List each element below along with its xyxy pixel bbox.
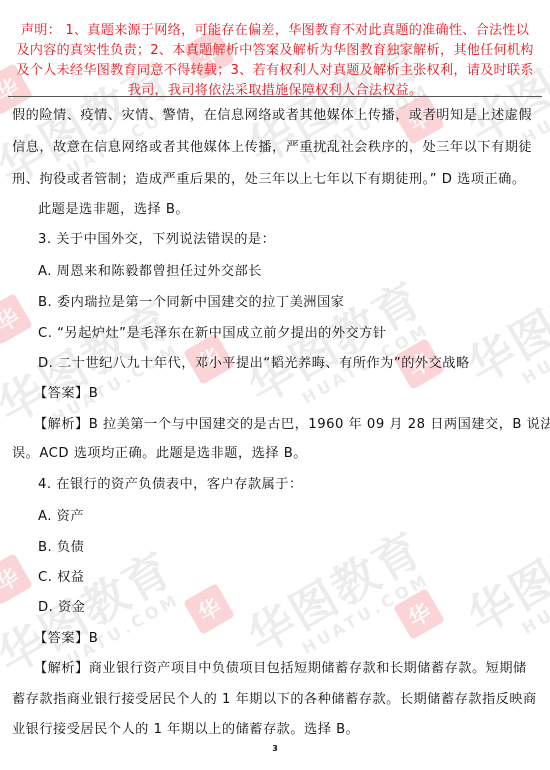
question-3-option-d: D. 二十世纪八九十年代，邓小平提出“韬光养晦、有所作为”的外交战略 xyxy=(38,352,470,371)
watermark-huatu: 华图教育HUATU.COM xyxy=(240,524,440,678)
huatu-logo-icon: 华 xyxy=(0,293,33,345)
watermark-huatu: 华图教育HUATU.COM xyxy=(460,254,550,408)
question-4-option-a: A. 资产 xyxy=(38,505,84,524)
disclaimer-line: 声明： 1、真题来源于网络，可能存在偏差，华图教育不对此真题的准确性、合法性以 xyxy=(8,21,542,41)
question-4-analysis: 蓄存款指商业银行接受居民个人的 1 年期以下的各种储蓄存款。长期储蓄存款指反映商 xyxy=(12,688,537,707)
question-3-stem: 3. 关于中国外交，下列说法错误的是： xyxy=(38,228,275,247)
question-4-option-d: D. 资金 xyxy=(38,596,85,615)
continuation-line: 信息，故意在信息网络或者其他媒体上传播，严重扰乱社会秩序的，处三年以下有期徒 xyxy=(12,136,532,155)
question-4-analysis: 业银行接受居民个人的 1 年期以上的储蓄存款。选择 B。 xyxy=(12,718,359,737)
disclaimer-header: 声明： 1、真题来源于网络，可能存在偏差，华图教育不对此真题的准确性、合法性以 … xyxy=(8,21,542,101)
continuation-line: 刑、拘役或者管制；造成严重后果的，处三年以上七年以下有期徒刑。” D 选项正确。 xyxy=(12,168,526,187)
question-4-answer: 【答案】B xyxy=(34,627,98,646)
disclaimer-line: 我司，我司将依法采取措施保障权利人合法权益。 xyxy=(8,81,542,101)
previous-conclusion: 此题是选非题，选择 B。 xyxy=(38,198,189,217)
question-3-option-a: A. 周恩来和陈毅都曾担任过外交部长 xyxy=(38,260,262,279)
question-3-analysis: 误。ACD 选项均正确。此题是选非题，选择 B。 xyxy=(12,442,307,461)
question-4-analysis: 【解析】商业银行资产项目中负债项目包括短期储蓄存款和长期储蓄存款。短期储 xyxy=(34,657,527,676)
question-4-option-b: B. 负债 xyxy=(38,536,84,555)
question-3-option-b: B. 委内瑞拉是第一个同新中国建交的拉丁美洲国家 xyxy=(38,291,344,310)
question-4-stem: 4. 在银行的资产负债表中，客户存款属于： xyxy=(38,473,303,492)
header-divider xyxy=(8,96,542,97)
disclaimer-line: 及内容的真实性负责；2、本真题解析中答案及解析为华图教育独家解析，其他任何机构 xyxy=(8,41,542,61)
huatu-logo-icon: 华 xyxy=(393,588,445,640)
question-3-answer: 【答案】B xyxy=(34,382,98,401)
disclaimer-line: 及个人未经华图教育同意不得转载；3、若有权利人对真题及解析主张权利，请及时联系 xyxy=(8,61,542,81)
question-4-option-c: C. 权益 xyxy=(38,566,84,585)
question-3-option-c: C. “另起炉灶”是毛泽东在新中国成立前夕提出的外交方针 xyxy=(38,322,387,341)
watermark-huatu: 华图教育HUATU.COM xyxy=(460,504,550,658)
question-3-analysis: 【解析】B 拉美第一个与中国建交的是古巴，1960 年 09 月 28 日两国建… xyxy=(34,413,550,432)
huatu-logo-icon: 华 xyxy=(183,583,235,635)
huatu-logo-icon: 华 xyxy=(0,553,33,605)
page-number: 3 xyxy=(0,744,550,753)
continuation-line: 假的险情、疫情、灾情、警情，在信息网络或者其他媒体上传播，或者明知是上述虚假 xyxy=(12,104,532,123)
